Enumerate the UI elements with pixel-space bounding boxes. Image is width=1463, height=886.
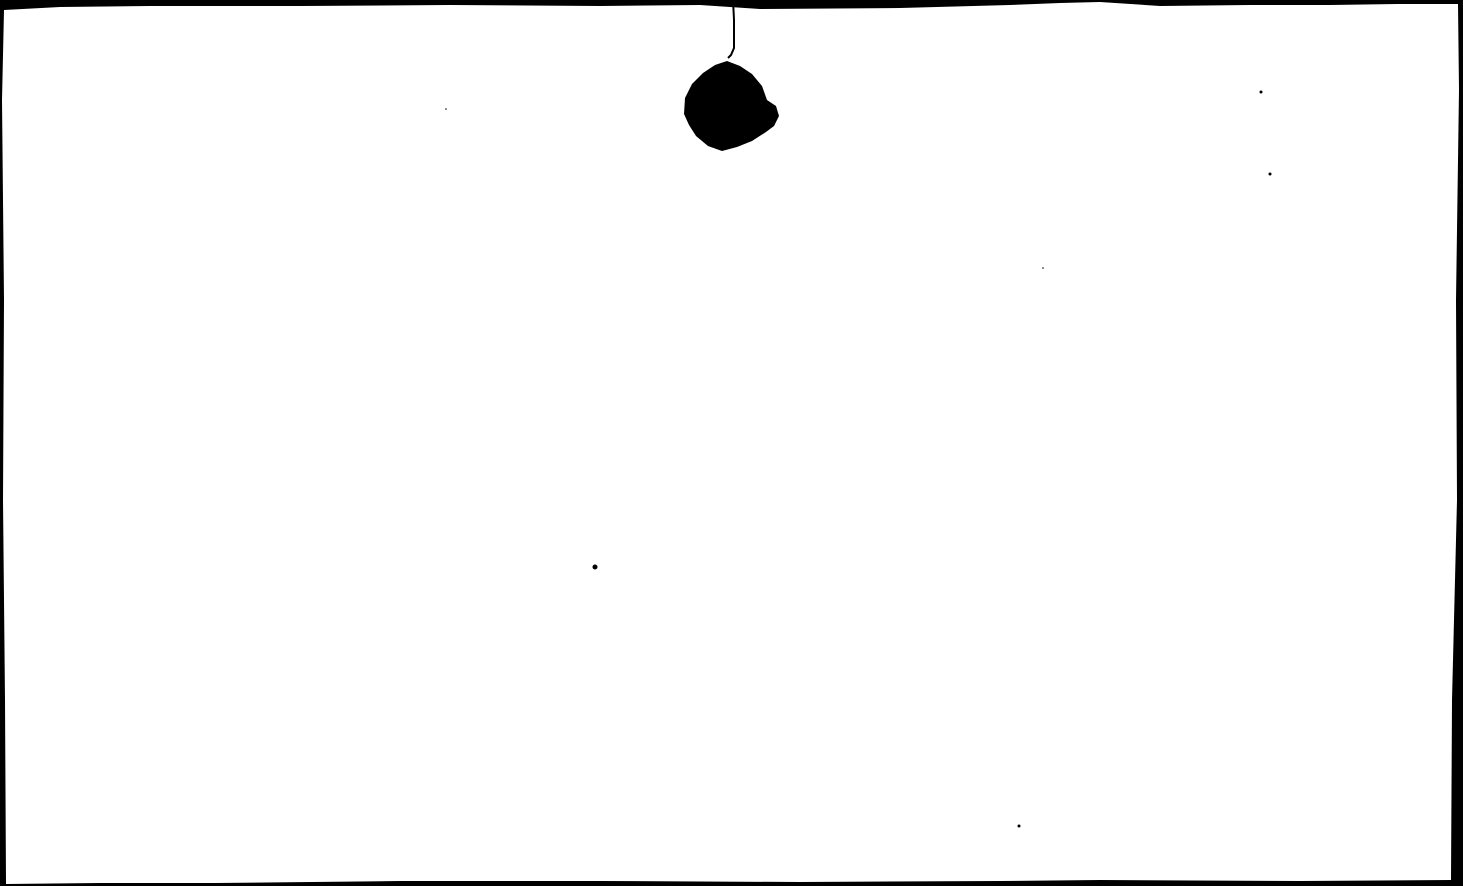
photo-scene xyxy=(0,0,1463,886)
binarized-photo xyxy=(0,0,1463,886)
